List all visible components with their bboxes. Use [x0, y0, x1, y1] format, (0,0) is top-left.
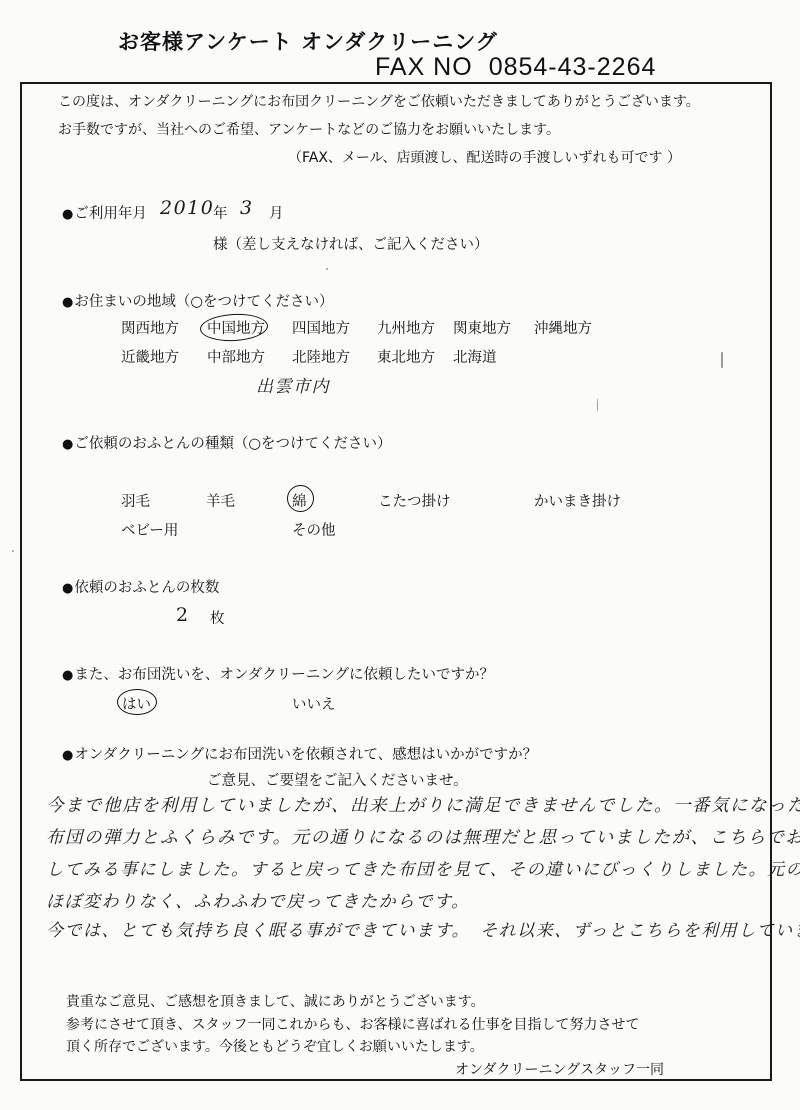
futon-type-option-kaimaki[interactable]: かいまき掛け: [534, 490, 621, 511]
usage-month-unit: 月: [269, 202, 284, 223]
impression-subheading: ご意見、ご要望をご記入くださいませ。: [207, 769, 468, 790]
handwritten-comment-line-2: 布団の弾力とふくらみです。元の通りになるのは無理だと思っていましたが、こちらでお…: [46, 824, 800, 849]
futon-type-option-other[interactable]: その他: [292, 519, 336, 540]
intro-line-3: （FAX、メール、店頭渡し、配送時の手渡しいずれも可です ）: [288, 147, 681, 167]
closing-signature: オンダクリーニングスタッフ一同: [455, 1059, 664, 1079]
futon-type-option-kotatsu[interactable]: こたつ掛け: [378, 490, 451, 511]
futon-type-heading: ご依頼のおふとんの種類（○をつけてください）: [62, 432, 392, 453]
region-option-kansai[interactable]: 関西地方: [121, 317, 179, 338]
intro-line-1: この度は、オンダクリーニングにお布団クリーニングをご依頼いただきましてありがとう…: [58, 91, 700, 111]
region-handwritten-note: 出雲市内: [256, 372, 330, 397]
handwritten-comment-line-1: 今まで他店を利用していましたが、出来上がりに満足できませんでした。一番気になった…: [46, 792, 800, 817]
handwritten-comment-line-4: ほぼ変わりなく、ふわふわで戻ってきたからです。: [46, 887, 470, 912]
selection-circle-cotton: [287, 485, 314, 512]
handwritten-comment-line-3: してみる事にしました。すると戻ってきた布団を見て、その違いにびっくりしました。元…: [46, 855, 800, 880]
region-option-kyushu[interactable]: 九州地方: [377, 317, 435, 338]
futon-count-heading: 依頼のおふとんの枚数: [62, 576, 219, 597]
usage-date-label: ご利用年月: [62, 202, 147, 223]
usage-year-unit: 年: [213, 202, 228, 223]
request-again-heading: また、お布団洗いを、オンダクリーニングに依頼したいですか？: [62, 663, 494, 684]
region-option-okinawa[interactable]: 沖縄地方: [534, 317, 592, 338]
region-option-hokuriku[interactable]: 北陸地方: [292, 346, 350, 367]
closing-line-1: 貴重なご意見、ご感想を頂きまして、誠にありがとうございます。: [66, 991, 485, 1011]
region-option-chubu[interactable]: 中部地方: [207, 346, 265, 367]
usage-year-value[interactable]: 2010: [160, 197, 214, 219]
form-title: お客様アンケート オンダクリーニング: [118, 26, 498, 56]
handwritten-comment-line-5: 今では、とても気持ち良く眠る事ができています。 それ以来、ずっとこちらを利用して…: [46, 916, 800, 941]
scan-mark: [721, 352, 723, 368]
region-option-shikoku[interactable]: 四国地方: [292, 317, 350, 338]
name-field-label: 様（差し支えなければ、ご記入ください）: [213, 233, 489, 254]
region-heading: お住まいの地域（○をつけてください）: [62, 290, 334, 311]
closing-line-3: 頂く所存でございます。今後ともどうぞ宜しくお願いいたします。: [66, 1036, 484, 1056]
fax-label: FAX NO: [375, 53, 473, 81]
futon-count-unit: 枚: [210, 607, 225, 628]
closing-line-2: 参考にさせて頂き、スタッフ一同これからも、お客様に喜ばれる仕事を目指して努力させ…: [66, 1014, 639, 1034]
region-option-kinki[interactable]: 近畿地方: [121, 346, 179, 367]
futon-count-value[interactable]: 2: [176, 604, 190, 626]
scan-speck: [326, 268, 328, 270]
futon-type-option-baby[interactable]: ベビー用: [121, 519, 178, 540]
futon-type-option-wool[interactable]: 羊毛: [206, 490, 235, 511]
region-option-kanto[interactable]: 関東地方: [453, 317, 511, 338]
region-option-tohoku[interactable]: 東北地方: [377, 346, 435, 367]
scan-mark: [597, 398, 598, 412]
fax-number-line: FAX NO0854-43-2264: [375, 53, 656, 82]
fax-number: 0854-43-2264: [489, 53, 657, 81]
futon-type-option-down[interactable]: 羽毛: [121, 490, 150, 511]
usage-month-value[interactable]: 3: [240, 197, 254, 219]
region-option-hokkaido[interactable]: 北海道: [453, 346, 497, 367]
scan-speck: [12, 550, 14, 552]
intro-line-2: お手数ですが、当社へのご希望、アンケートなどのご協力をお願いいたします。: [58, 119, 560, 139]
request-again-option-no[interactable]: いいえ: [292, 693, 336, 714]
selection-circle-yes: [117, 689, 157, 715]
impression-heading: オンダクリーニングにお布団洗いを依頼されて、感想はいかがですか？: [62, 743, 537, 764]
